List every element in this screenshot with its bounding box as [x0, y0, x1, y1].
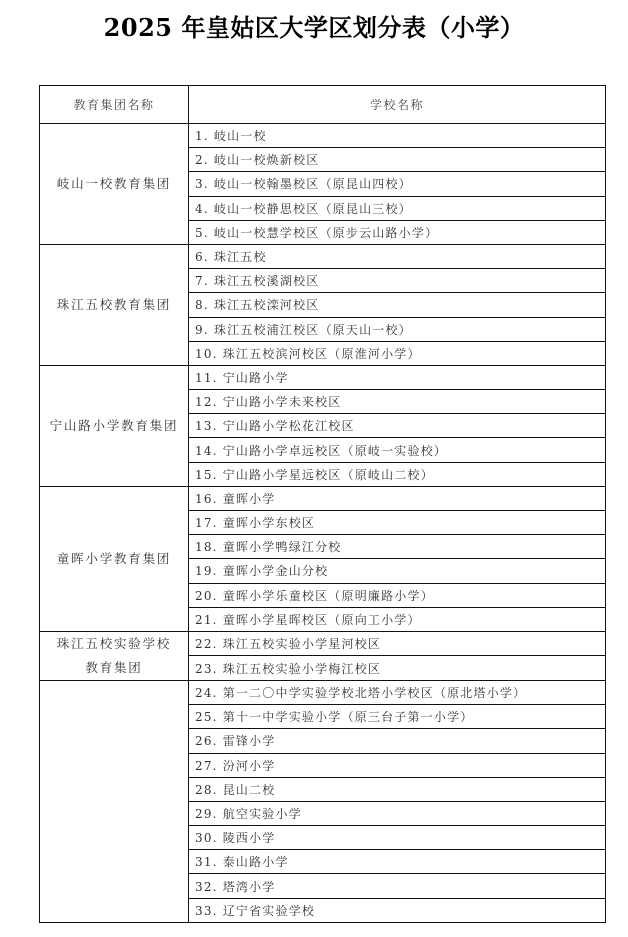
document-title: 2025 年皇姑区大学区划分表（小学） [0, 8, 628, 43]
group-name: 宁山路小学教育集团 [40, 365, 189, 486]
group-name: 童晖小学教育集团 [40, 486, 189, 631]
school-cell: 18. 童晖小学鸭绿江分校 [189, 535, 606, 559]
school-cell: 15. 宁山路小学星远校区（原岐山二校） [189, 462, 606, 486]
school-cell: 26. 雷锋小学 [189, 729, 606, 753]
school-cell: 30. 陵西小学 [189, 826, 606, 850]
school-cell: 9. 珠江五校浦江校区（原天山一校） [189, 317, 606, 341]
school-cell: 4. 岐山一校静思校区（原昆山三校） [189, 196, 606, 220]
table-row: 珠江五校实验学校 教育集团 22. 珠江五校实验小学星河校区 [40, 631, 606, 656]
school-cell: 10. 珠江五校滨河校区（原淮河小学） [189, 341, 606, 365]
school-cell: 13. 宁山路小学松花江校区 [189, 414, 606, 438]
table-row: 岐山一校教育集团 1. 岐山一校 [40, 124, 606, 148]
school-cell: 23. 珠江五校实验小学梅江校区 [189, 656, 606, 681]
group-name-empty [40, 680, 189, 922]
school-cell: 12. 宁山路小学未来校区 [189, 390, 606, 414]
group-name: 岐山一校教育集团 [40, 124, 189, 245]
group-name-line2: 教育集团 [40, 656, 188, 680]
school-cell: 28. 昆山二校 [189, 777, 606, 801]
school-cell: 25. 第十一中学实验小学（原三台子第一小学） [189, 705, 606, 729]
school-cell: 7. 珠江五校溪湖校区 [189, 269, 606, 293]
school-cell: 32. 塔湾小学 [189, 874, 606, 898]
school-cell: 29. 航空实验小学 [189, 801, 606, 825]
table-header-row: 教育集团名称 学校名称 [40, 86, 606, 124]
table-row: 珠江五校教育集团 6. 珠江五校 [40, 244, 606, 268]
school-cell: 11. 宁山路小学 [189, 365, 606, 389]
school-cell: 31. 泰山路小学 [189, 850, 606, 874]
school-cell: 20. 童晖小学乐童校区（原明廉路小学） [189, 583, 606, 607]
school-cell: 21. 童晖小学星晖校区（原向工小学） [189, 607, 606, 631]
school-district-table: 教育集团名称 学校名称 岐山一校教育集团 1. 岐山一校 2. 岐山一校焕新校区… [39, 85, 606, 923]
school-cell: 22. 珠江五校实验小学星河校区 [189, 631, 606, 656]
group-name: 珠江五校教育集团 [40, 244, 189, 365]
school-cell: 24. 第一二〇中学实验学校北塔小学校区（原北塔小学） [189, 680, 606, 704]
school-cell: 27. 汾河小学 [189, 753, 606, 777]
school-cell: 8. 珠江五校滦河校区 [189, 293, 606, 317]
table-row: 宁山路小学教育集团 11. 宁山路小学 [40, 365, 606, 389]
school-cell: 33. 辽宁省实验学校 [189, 898, 606, 922]
school-cell: 5. 岐山一校慧学校区（原步云山路小学） [189, 220, 606, 244]
school-cell: 1. 岐山一校 [189, 124, 606, 148]
school-cell: 17. 童晖小学东校区 [189, 511, 606, 535]
school-cell: 3. 岐山一校翰墨校区（原昆山四校） [189, 172, 606, 196]
table-row: 童晖小学教育集团 16. 童晖小学 [40, 486, 606, 510]
school-cell: 14. 宁山路小学卓远校区（原岐一实验校） [189, 438, 606, 462]
header-group-name: 教育集团名称 [40, 86, 189, 124]
school-cell: 6. 珠江五校 [189, 244, 606, 268]
group-name-line1: 珠江五校实验学校 [40, 632, 188, 656]
school-cell: 2. 岐山一校焕新校区 [189, 148, 606, 172]
school-cell: 19. 童晖小学金山分校 [189, 559, 606, 583]
group-name: 珠江五校实验学校 教育集团 [40, 631, 189, 680]
school-cell: 16. 童晖小学 [189, 486, 606, 510]
table-row: 24. 第一二〇中学实验学校北塔小学校区（原北塔小学） [40, 680, 606, 704]
header-school-name: 学校名称 [189, 86, 606, 124]
